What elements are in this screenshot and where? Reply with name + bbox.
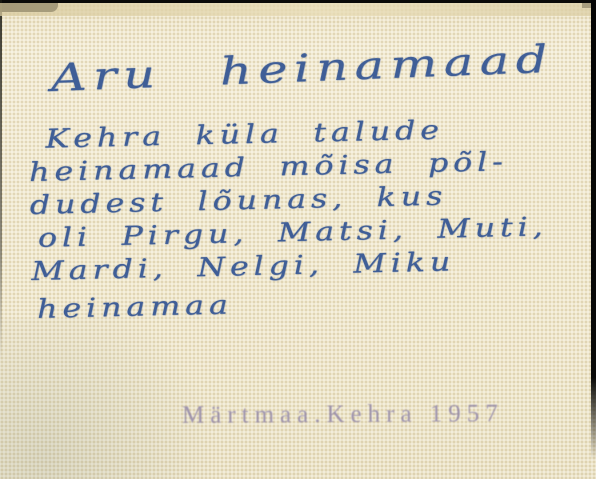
card-top-edge-shadow (0, 3, 591, 16)
date-stamp: Märtmaa.Kehra 1957 (182, 400, 504, 430)
scan-edge-left (0, 0, 2, 362)
handwriting-line-6: heinamaa (37, 282, 550, 327)
scan-edge-right (591, 0, 596, 460)
card-title: Aru heinamaad (50, 37, 555, 100)
paper-tint-bottom-left (0, 319, 240, 479)
handwritten-paragraph: Kehra küla talude heinamaad mõisa põl- d… (28, 112, 550, 327)
scanned-card: Aru heinamaad Kehra küla talude heinamaa… (0, 0, 596, 479)
